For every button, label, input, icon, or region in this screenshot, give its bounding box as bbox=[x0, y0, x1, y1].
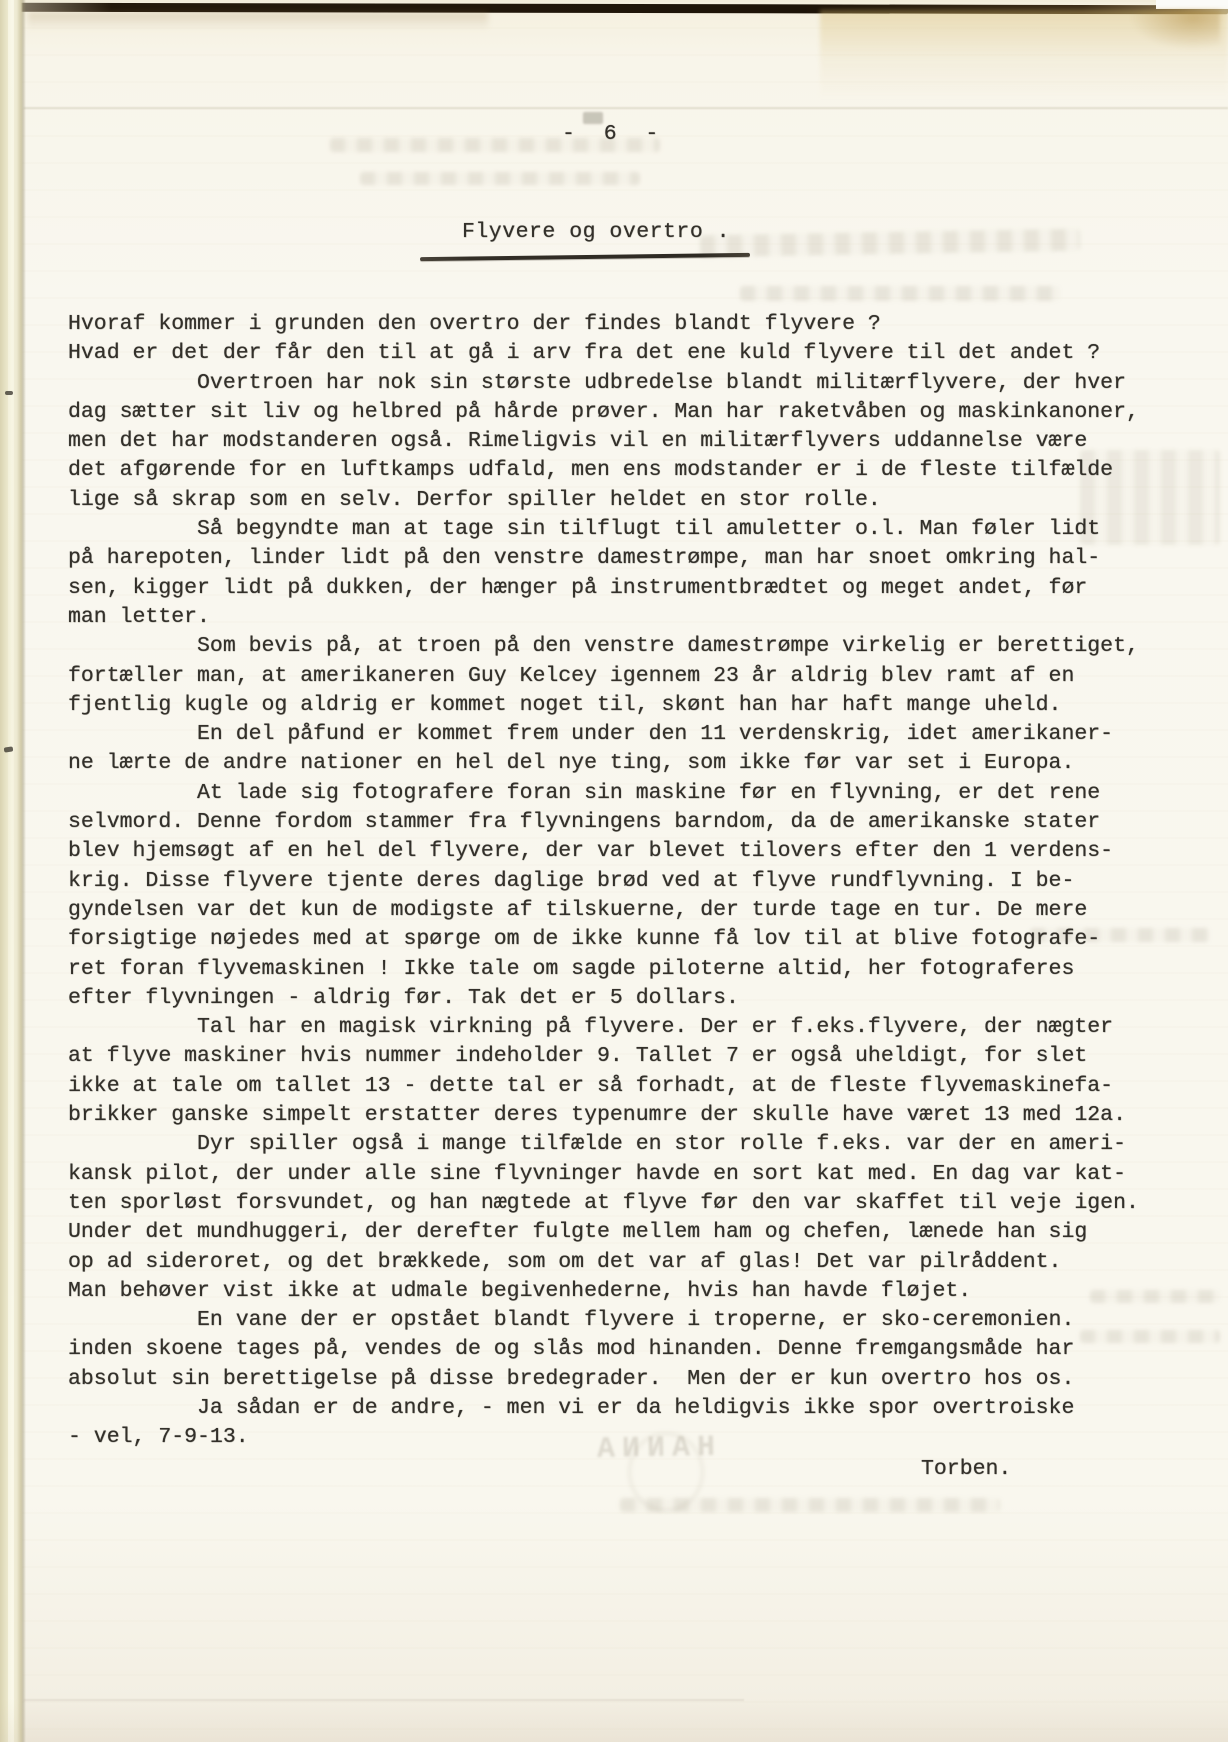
text-line: det afgørende for en luftkamps udfald, m… bbox=[68, 456, 1139, 485]
signature: Torben. bbox=[921, 1457, 1011, 1481]
page-title: Flyvere og overtro . bbox=[462, 220, 730, 244]
text-line: Som bevis på, at troen på den venstre da… bbox=[68, 632, 1139, 661]
page-number: - 6 - bbox=[562, 122, 659, 146]
text-line: lige så skrap som en selv. Derfor spille… bbox=[68, 486, 1139, 515]
text-line: Hvad er det der får den til at gå i arv … bbox=[68, 339, 1139, 368]
bottom-shadow-band bbox=[0, 1698, 1228, 1742]
text-line: blev hjemsøgt af en hel del flyvere, der… bbox=[68, 837, 1139, 866]
text-line: på harepoten, linder lidt på den venstre… bbox=[68, 544, 1139, 573]
text-line: Man behøver vist ikke at udmale begivenh… bbox=[68, 1277, 1139, 1306]
text-line: men det har modstanderen også. Rimeligvi… bbox=[68, 427, 1139, 456]
text-line: at flyve maskiner hvis nummer indeholder… bbox=[68, 1042, 1139, 1071]
bleedthrough-smudge bbox=[360, 172, 640, 185]
text-line: sen, kigger lidt på dukken, der hænger p… bbox=[68, 574, 1139, 603]
bleedthrough-smudge bbox=[740, 286, 1060, 301]
text-line: - vel, 7-9-13. bbox=[68, 1423, 1139, 1452]
text-line: Under det mundhuggeri, der derefter fulg… bbox=[68, 1218, 1139, 1247]
text-line: inden skoene tages på, vendes de og slås… bbox=[68, 1335, 1139, 1364]
text-line: man letter. bbox=[68, 603, 1139, 632]
ink-speck bbox=[5, 391, 13, 395]
text-line: fjentlig kugle og aldrig er kommet noget… bbox=[68, 691, 1139, 720]
text-line: kansk pilot, der under alle sine flyvnin… bbox=[68, 1160, 1139, 1189]
text-line: At lade sig fotografere foran sin maskin… bbox=[68, 779, 1139, 808]
text-line: ret foran flyvemaskinen ! Ikke tale om s… bbox=[68, 955, 1139, 984]
bleedthrough-smudge bbox=[700, 229, 1080, 258]
yellow-stain-corner bbox=[1130, 10, 1220, 50]
text-line: forsigtige nøjedes med at spørge om de i… bbox=[68, 925, 1139, 954]
text-line: Så begyndte man at tage sin tilflugt til… bbox=[68, 515, 1139, 544]
top-edge-shadow bbox=[28, 12, 488, 30]
text-line: ne lærte de andre nationer en hel del ny… bbox=[68, 749, 1139, 778]
text-line: gyndelsen var det kun de modigste af til… bbox=[68, 896, 1139, 925]
title-underline bbox=[420, 253, 750, 261]
text-line: absolut sin berettigelse på disse bredeg… bbox=[68, 1365, 1139, 1394]
scan-top-white-corner bbox=[1156, 0, 1228, 9]
text-line: dag sætter sit liv og helbred på hårde p… bbox=[68, 398, 1139, 427]
scanned-typewritten-page: HANNA - 6 - Flyvere og overtro . Hvoraf … bbox=[0, 0, 1228, 1742]
text-line: ikke at tale om tallet 13 - dette tal er… bbox=[68, 1072, 1139, 1101]
text-line: ten sporløst forsvundet, og han nægtede … bbox=[68, 1189, 1139, 1218]
text-line: Overtroen har nok sin største udbredelse… bbox=[68, 369, 1139, 398]
text-line: brikker ganske simpelt erstatter deres t… bbox=[68, 1101, 1139, 1130]
text-line: Hvoraf kommer i grunden den overtro der … bbox=[68, 310, 1139, 339]
text-line: selvmord. Denne fordom stammer fra flyvn… bbox=[68, 808, 1139, 837]
text-line: fortæller man, at amerikaneren Guy Kelce… bbox=[68, 662, 1139, 691]
text-line: Tal har en magisk virkning på flyvere. D… bbox=[68, 1013, 1139, 1042]
text-line: En vane der er opstået blandt flyvere i … bbox=[68, 1306, 1139, 1335]
text-line: Dyr spiller også i mange tilfælde en sto… bbox=[68, 1130, 1139, 1159]
text-line: efter flyvningen - aldrig før. Tak det e… bbox=[68, 984, 1139, 1013]
text-line: krig. Disse flyvere tjente deres daglige… bbox=[68, 867, 1139, 896]
body-text: Hvoraf kommer i grunden den overtro der … bbox=[68, 310, 1139, 1453]
text-line: En del påfund er kommet frem under den 1… bbox=[68, 720, 1139, 749]
text-line: Ja sådan er de andre, - men vi er da hel… bbox=[68, 1394, 1139, 1423]
text-line: op ad sideroret, og det brækkede, som om… bbox=[68, 1248, 1139, 1277]
page-curl-highlight bbox=[8, 0, 14, 1742]
fold-line-top bbox=[24, 107, 1228, 109]
